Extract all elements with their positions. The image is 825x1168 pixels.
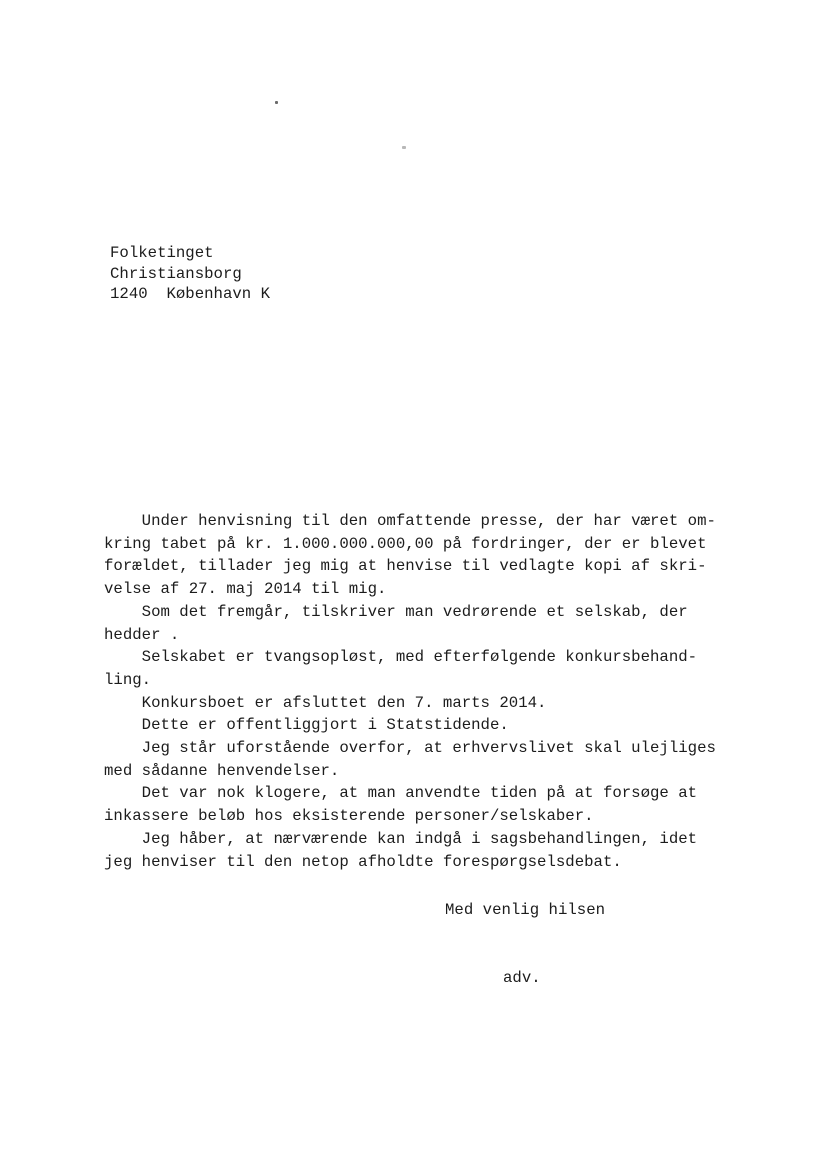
body-line: Det var nok klogere, at man anvendte tid… [104, 782, 716, 805]
closing-salutation: Med venlig hilsen [445, 899, 605, 922]
recipient-city: 1240 København K [110, 284, 270, 305]
body-line: hedder . [104, 624, 716, 647]
letter-body: Under henvisning til den omfattende pres… [104, 510, 716, 873]
body-line: Som det fremgår, tilskriver man vedrøren… [104, 601, 716, 624]
body-line: ling. [104, 669, 716, 692]
body-line: Jeg håber, at nærværende kan indgå i sag… [104, 828, 716, 851]
body-line: Konkursboet er afsluttet den 7. marts 20… [104, 692, 716, 715]
recipient-address: Folketinget Christiansborg 1240 Københav… [110, 243, 270, 305]
body-line: jeg henviser til den netop afholdte fore… [104, 851, 716, 874]
body-line: med sådanne henvendelser. [104, 760, 716, 783]
signature-line: adv. [503, 967, 541, 990]
body-line: Dette er offentliggjort i Statstidende. [104, 714, 716, 737]
recipient-name: Folketinget [110, 243, 270, 264]
scan-artifact-dot [275, 101, 278, 104]
body-line: inkassere beløb hos eksisterende persone… [104, 805, 716, 828]
body-line: velse af 27. maj 2014 til mig. [104, 578, 716, 601]
body-line: Under henvisning til den omfattende pres… [104, 510, 716, 533]
body-line: kring tabet på kr. 1.000.000.000,00 på f… [104, 533, 716, 556]
body-line: Selskabet er tvangsopløst, med efterfølg… [104, 646, 716, 669]
body-line: Jeg står uforstående overfor, at erhverv… [104, 737, 716, 760]
letter-page: Folketinget Christiansborg 1240 Københav… [0, 0, 825, 1168]
recipient-street: Christiansborg [110, 264, 270, 285]
scan-artifact-dot [402, 146, 406, 149]
body-line: forældet, tillader jeg mig at henvise ti… [104, 555, 716, 578]
